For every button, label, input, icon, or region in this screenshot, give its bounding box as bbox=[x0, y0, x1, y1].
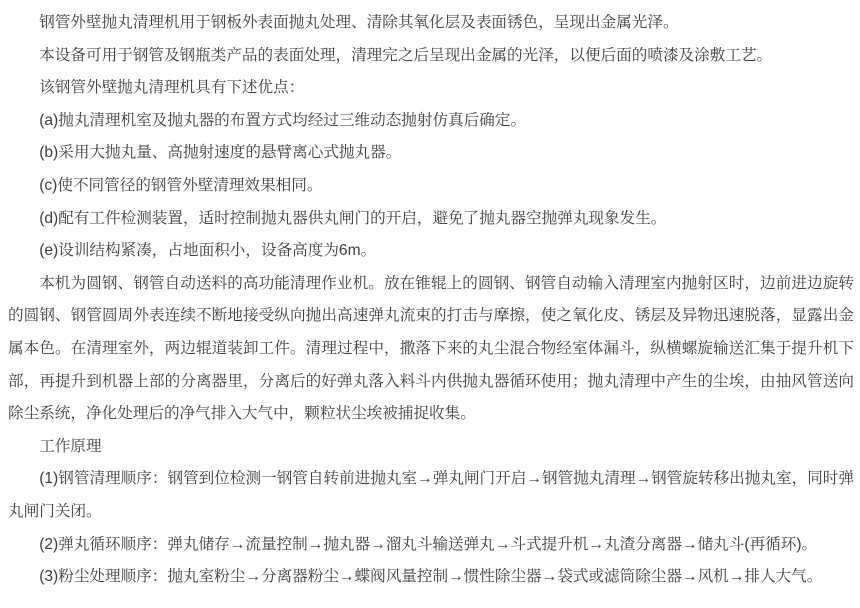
paragraph-operation-description: 本机为圆钢、钢管自动送料的高功能清理作业机。放在锥辊上的圆钢、钢管自动输入清理室… bbox=[8, 268, 854, 431]
paragraph-advantage-b: (b)采用大抛丸量、高抛射速度的悬臂离心式抛丸器。 bbox=[8, 137, 854, 170]
paragraph-intro-machine-purpose: 钢管外壁抛丸清理机用于钢板外表面抛丸处理、清除其氧化层及表面锈色，呈现出金属光泽… bbox=[8, 7, 854, 40]
paragraph-sequence-pipe-cleaning: (1)钢管清理顺序：钢管到位检测一钢管自转前进抛丸室→弹丸闸门开启→钢管抛丸清理… bbox=[8, 463, 854, 528]
paragraph-advantages-lead-in: 该钢管外壁抛丸清理机具有下述优点： bbox=[8, 72, 854, 105]
paragraph-advantage-a: (a)抛丸清理机室及抛丸器的布置方式均经过三维动态抛射仿真后确定。 bbox=[8, 105, 854, 138]
paragraph-advantage-e: (e)设训结构紧凑，占地面积小，设备高度为6m。 bbox=[8, 235, 854, 268]
heading-working-principle: 工作原理 bbox=[8, 431, 854, 464]
paragraph-advantage-c: (c)使不同管径的钢管外壁清理效果相同。 bbox=[8, 170, 854, 203]
paragraph-sequence-shot-cycle: (2)弹丸循环顺序：弹丸储存→流量控制→抛丸器→溜丸斗输送弹丸→斗式提升机→丸渣… bbox=[8, 529, 854, 562]
paragraph-advantage-d: (d)配有工件检测装置，适时控制抛丸器供丸闸门的开启，避免了抛丸器空抛弹丸现象发… bbox=[8, 203, 854, 236]
paragraph-intro-equipment-use: 本设备可用于钢管及钢瓶类产品的表面处理，清理完之后呈现出金属的光泽，以便后面的喷… bbox=[8, 40, 854, 73]
document-body: 钢管外壁抛丸清理机用于钢板外表面抛丸处理、清除其氧化层及表面锈色，呈现出金属光泽… bbox=[0, 0, 860, 594]
paragraph-sequence-dust-handling: (3)粉尘处理顺序：抛丸室粉尘→分离器粉尘→蝶阀风量控制→惯性除尘器→袋式或滤筒… bbox=[8, 561, 854, 594]
